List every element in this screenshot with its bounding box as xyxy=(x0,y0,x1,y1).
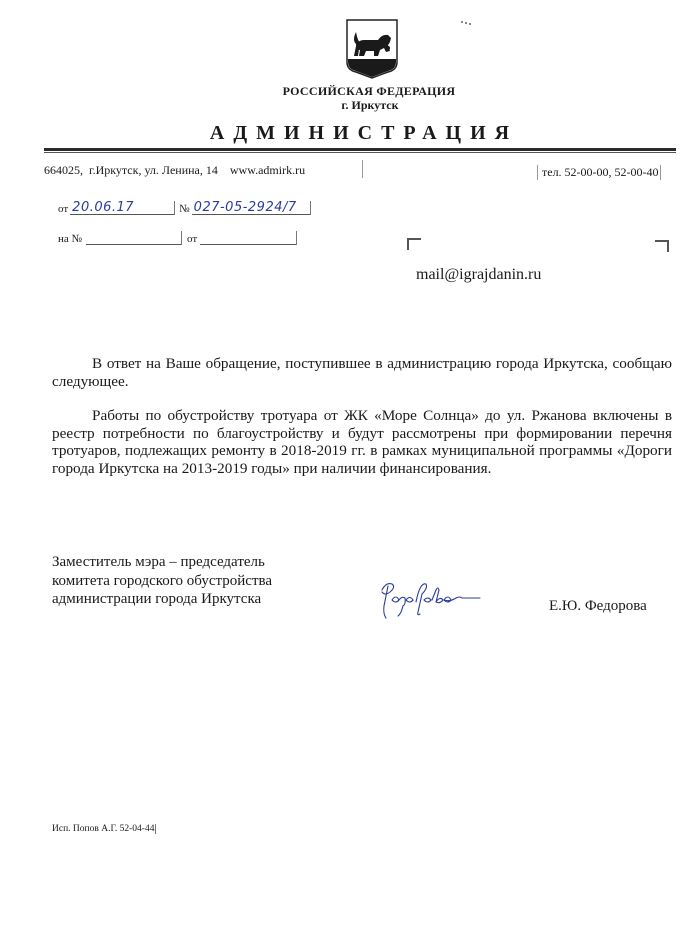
city-heading: г. Иркутск xyxy=(0,98,698,113)
header-rule xyxy=(44,148,676,151)
field-divider xyxy=(174,201,175,215)
address-divider xyxy=(362,160,363,178)
number-value: 027-05-2924/7 xyxy=(194,200,297,215)
field-divider xyxy=(296,231,297,245)
address-corner-top-left xyxy=(407,238,421,250)
country-heading: РОССИЙСКАЯ ФЕДЕРАЦИЯ xyxy=(0,84,698,99)
body-paragraph-2: Работы по обустройству тротуара от ЖК «М… xyxy=(52,407,672,477)
phone-line: тел. 52-00-00, 52-00-40 xyxy=(537,165,661,180)
executor-note: Исп. Попов А.Г. 52-04-44 xyxy=(52,824,156,834)
body-paragraph-1: В ответ на Ваше обращение, поступившее в… xyxy=(52,355,672,390)
reg-row-1: от 20.06.17 № 027-05-2924/7 xyxy=(58,200,311,215)
recipient-email: mail@igrajdanin.ru xyxy=(416,266,541,284)
address-corner-top-right xyxy=(655,240,669,252)
coat-of-arms-icon xyxy=(344,18,400,80)
position-line-2: комитета городского обустройства xyxy=(52,572,272,591)
signatory-name: Е.Ю. Федорова xyxy=(549,598,647,615)
number-field[interactable]: 027-05-2924/7 xyxy=(192,200,310,215)
from-label: от xyxy=(58,203,68,215)
field-divider xyxy=(310,201,311,215)
position-line-3: администрации города Иркутска xyxy=(52,590,272,609)
number-label: № xyxy=(179,203,190,215)
ref-from-field[interactable] xyxy=(200,230,296,245)
from-date-field[interactable]: 20.06.17 xyxy=(70,200,174,215)
from-date-value: 20.06.17 xyxy=(72,200,134,215)
ref-number-field[interactable] xyxy=(86,230,181,245)
header-rule-thin xyxy=(44,152,676,153)
scan-artifact-dots xyxy=(460,20,472,26)
field-divider xyxy=(181,231,182,245)
ref-from-label: от xyxy=(187,233,197,245)
address-line: 664025, г.Иркутск, ул. Ленина, 14 www.ad… xyxy=(44,163,305,178)
ref-number-label: на № xyxy=(58,233,82,245)
position-line-1: Заместитель мэра – председатель xyxy=(52,553,272,572)
reg-row-2: на № от xyxy=(58,230,297,245)
handwritten-signature xyxy=(376,578,484,624)
administration-title: АДМИНИСТРАЦИЯ xyxy=(0,122,698,145)
signatory-position: Заместитель мэра – председатель комитета… xyxy=(52,553,272,609)
